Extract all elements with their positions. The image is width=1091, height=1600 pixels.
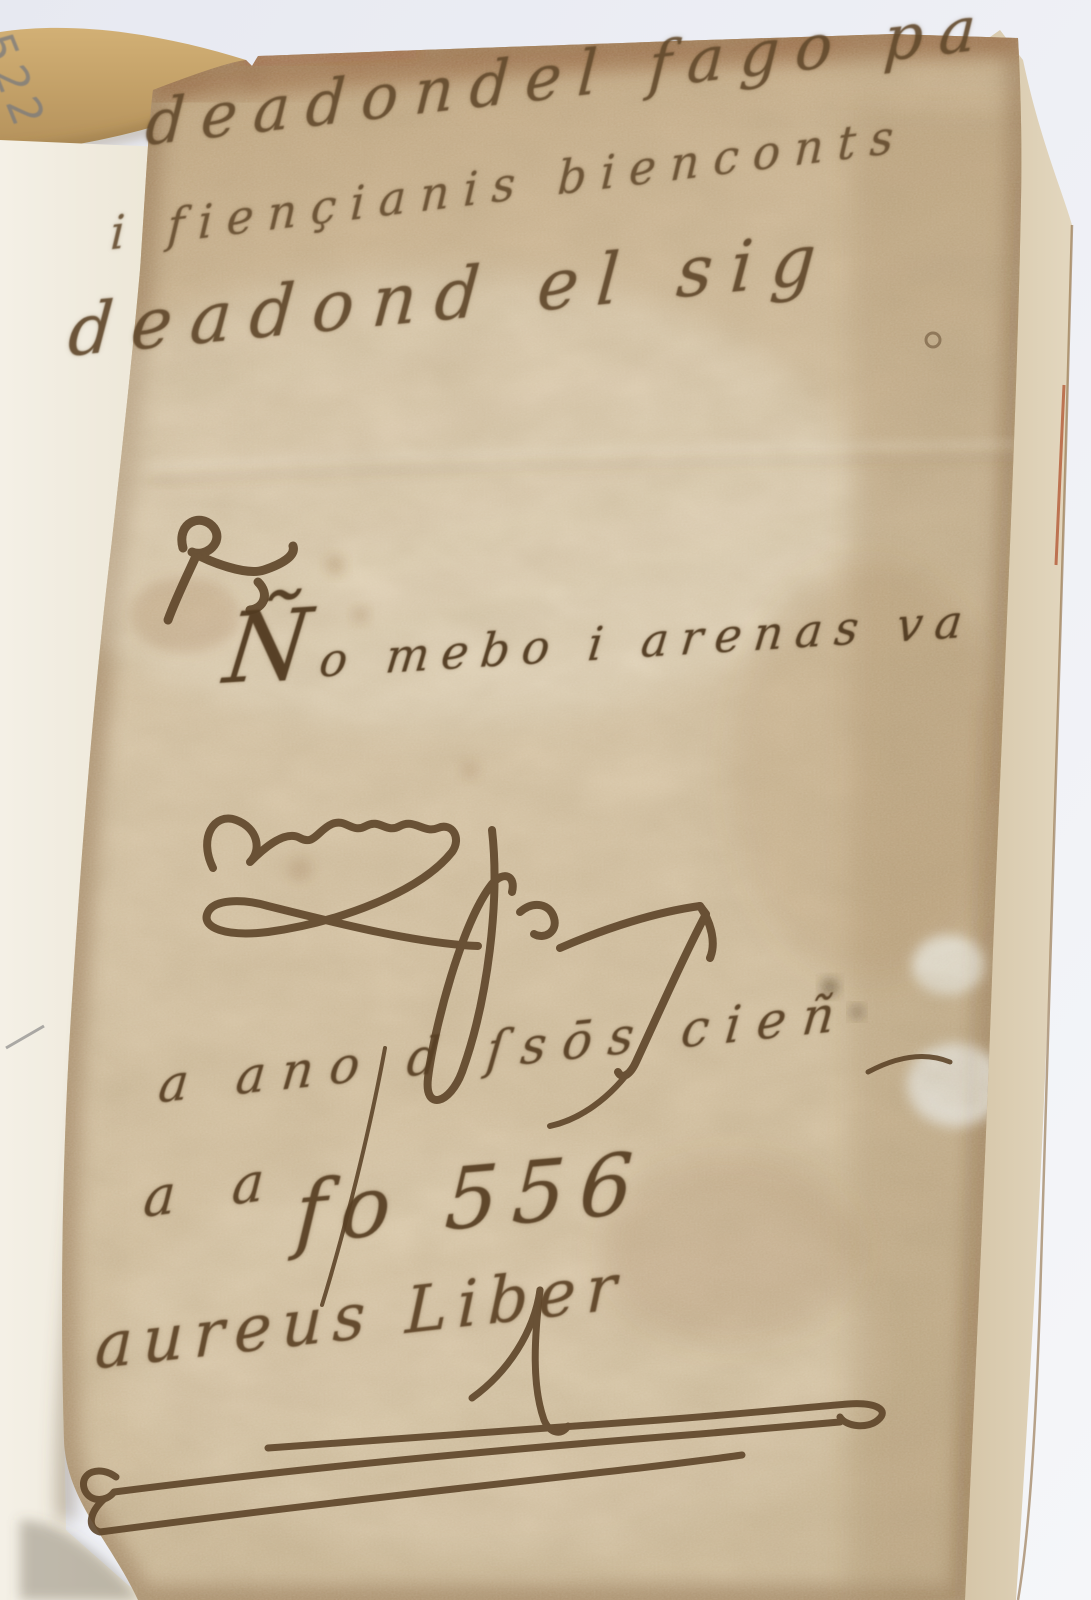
photo-of-manuscript-flyleaf: 522 deadondel fago pa i fiençianis bienc… xyxy=(0,0,1091,1600)
